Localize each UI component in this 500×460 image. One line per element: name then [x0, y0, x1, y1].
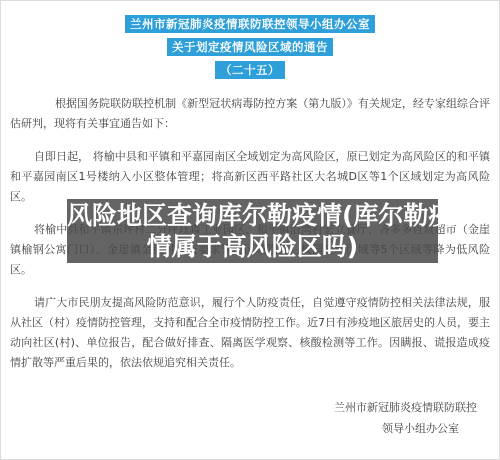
watermark-title-line-2: 情属于高风险区吗) — [67, 231, 438, 262]
paragraph-public-advice: 请广大市民朋友提高风险防范意识，履行个人防疫责任，自觉遵守疫情防控相关法律法规，… — [10, 293, 490, 373]
notice-title-office: 兰州市新冠肺炎疫情联防联控领导小组办公室 — [125, 15, 375, 33]
paragraph-high-risk-areas: 自即日起， 将榆中县和平镇和平嘉园南区全域划定为高风险区，原已划定为高风险区的和… — [10, 147, 490, 207]
signature-office-line-1: 兰州市新冠肺炎疫情联防联控 — [334, 397, 477, 418]
watermark-title-line-1: 风险地区查询库尔勒疫情(库尔勒疫 — [67, 200, 438, 231]
notice-header: 兰州市新冠肺炎疫情联防联控领导小组办公室 关于划定疫情风险区域的通告 （二十五） — [1, 1, 499, 79]
signature-block: 兰州市新冠肺炎疫情联防联控 领导小组办公室 — [334, 397, 477, 439]
notice-title-number: （二十五） — [215, 61, 285, 79]
header-line-2-wrap: 关于划定疫情风险区域的通告 — [1, 37, 499, 56]
notice-page: 兰州市新冠肺炎疫情联防联控领导小组办公室 关于划定疫情风险区域的通告 （二十五）… — [0, 0, 500, 460]
signature-office-line-2: 领导小组办公室 — [334, 418, 477, 439]
paragraph-basis: 根据国务院联防联控机制《新型冠状病毒防控方案（第九版）》有关规定，经专家组综合评… — [10, 94, 490, 134]
header-line-3-wrap: （二十五） — [1, 60, 499, 79]
watermark-title-overlay: 风险地区查询库尔勒疫情(库尔勒疫 情属于高风险区吗) — [67, 199, 438, 263]
header-line-1-wrap: 兰州市新冠肺炎疫情联防联控领导小组办公室 — [1, 14, 499, 33]
notice-title-subject: 关于划定疫情风险区域的通告 — [167, 38, 333, 56]
